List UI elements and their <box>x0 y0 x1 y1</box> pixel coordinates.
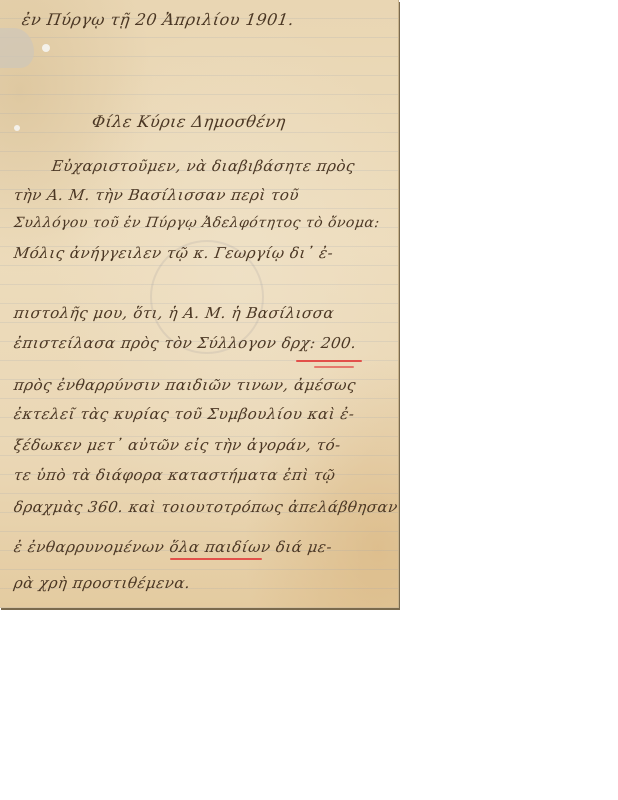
body-line: δραχμὰς 360. καὶ τοιουτοτρόπως ἀπελάβθησ… <box>13 498 399 516</box>
dateline: ἐν Πύργῳ τῇ 20 Ἀπριλίου 1901. <box>21 10 296 29</box>
body-line: Συλλόγου τοῦ ἐν Πύργῳ Ἀδελφότητος τὸ ὄνο… <box>13 215 381 231</box>
red-underline <box>314 366 354 368</box>
body-line: ξέδωκεν μετ᾽ αὐτῶν εἰς τὴν ἀγοράν, τό- <box>13 436 342 454</box>
salutation: Φίλε Κύριε Δημοσθένη <box>91 112 288 131</box>
body-line: ρὰ χρὴ προστιθέμενα. <box>13 574 192 592</box>
body-line: Μόλις ἀνήγγειλεν τῷ κ. Γεωργίῳ δι᾽ ἐ- <box>13 244 335 262</box>
body-line: τὴν Α. Μ. τὴν Βασίλισσαν περὶ τοῦ <box>13 186 301 204</box>
body-line: τε ὑπὸ τὰ διάφορα καταστήματα ἐπὶ τῷ <box>13 466 337 484</box>
torn-corner <box>0 28 34 68</box>
red-underline <box>170 558 262 560</box>
body-line: πιστολῆς μου, ὅτι, ἡ Α. Μ. ἡ Βασίλισσα <box>13 304 336 322</box>
red-underline <box>296 360 362 362</box>
body-line: πρὸς ἐνθαρρύνσιν παιδιῶν τινων, ἀμέσως <box>13 376 357 394</box>
body-line: ἐκτελεῖ τὰς κυρίας τοῦ Συμβουλίου καὶ ἐ- <box>13 405 356 423</box>
paper-hole <box>42 44 50 52</box>
body-line: ἐ ἐνθαρρυνομένων ὅλα παιδίων διά με- <box>13 538 334 556</box>
body-line: Εὐχαριστοῦμεν, νὰ διαβιβάσητε πρὸς <box>51 157 357 175</box>
paper-hole <box>14 125 20 131</box>
body-line: ἐπιστείλασα πρὸς τὸν Σύλλογον δρχ: 200. <box>13 334 358 352</box>
letter-page: ἐν Πύργῳ τῇ 20 Ἀπριλίου 1901. Φίλε Κύριε… <box>0 0 399 608</box>
